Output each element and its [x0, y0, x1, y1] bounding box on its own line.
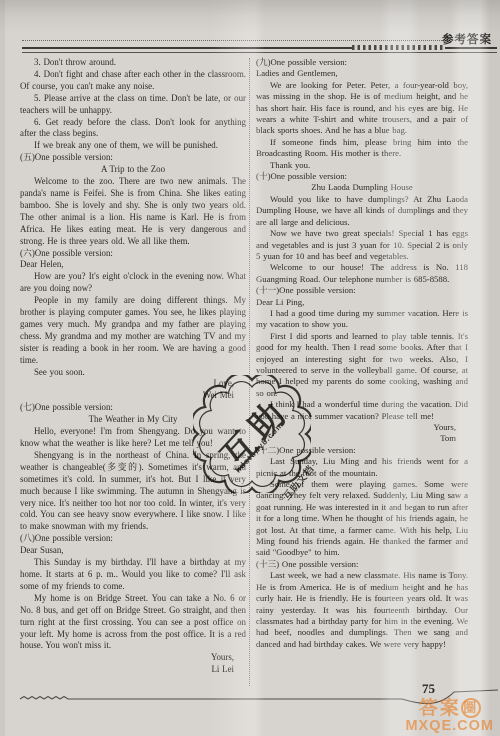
paragraph: (九)One possible version:	[256, 57, 468, 68]
paragraph: (六)One possible version:	[20, 248, 246, 260]
paragraph: (五)One possible version:	[20, 152, 246, 164]
column-left: 3. Don't throw around.4. Don't fight and…	[20, 57, 246, 676]
paragraph: (十一)One possible version:	[256, 285, 468, 296]
paragraph: Now we have two great specials! Special …	[256, 228, 468, 262]
watermark-domain: MXQE.COM	[405, 719, 494, 734]
paragraph: 3. Don't throw around.	[20, 57, 246, 69]
paragraph: Dear Li Ping,	[256, 297, 468, 308]
watermark-logo: 答案圈	[405, 698, 494, 719]
paragraph: Last week, we had a new classmate. His n…	[256, 570, 468, 650]
paragraph: Dear Susan,	[20, 545, 246, 557]
paragraph: People in my family are doing different …	[20, 295, 246, 366]
paragraph: Yours,	[20, 652, 246, 664]
paragraph: (十)One possible version:	[256, 171, 468, 182]
paragraph: Would you like to have dumplings? At Zhu…	[256, 194, 468, 228]
paragraph: Dear Helen,	[20, 259, 246, 271]
paragraph: If we break any one of them, we will be …	[20, 140, 246, 152]
site-watermark: 答案圈 MXQE.COM	[405, 698, 494, 734]
paragraph: How are you? It's eight o'clock in the e…	[20, 271, 246, 295]
column-right: (九)One possible version:Ladies and Gentl…	[256, 57, 468, 650]
page-number: 75	[422, 681, 435, 697]
paragraph: Zhu Laoda Dumpling House	[256, 182, 468, 193]
scanned-answer-page: 参考答案 3. Don't throw around.4. Don't figh…	[0, 0, 500, 736]
paragraph: Welcome to our house! The address is No.…	[256, 262, 468, 285]
paragraph: Welcome to the zoo. There are two new an…	[20, 176, 246, 247]
paragraph: Li Lei	[20, 664, 246, 676]
header-rule-right	[445, 47, 497, 49]
header-dotted-rule	[22, 40, 450, 41]
paragraph: This Sunday is my birthday. I'll have a …	[20, 557, 246, 593]
header-rule-beads	[352, 45, 444, 50]
paragraph: (八)One possible version:	[20, 533, 246, 545]
page-title: 参考答案	[442, 31, 492, 47]
paragraph: My home is on Bridge Street. You can tak…	[20, 593, 246, 653]
paragraph: A Trip to the Zoo	[20, 164, 246, 176]
watermark-circle-glyph: 圈	[461, 698, 481, 718]
paragraph: 5. Please arrive at the class on time. D…	[20, 93, 246, 117]
header-rule-bottom	[22, 52, 497, 53]
paragraph: Ladies and Gentlemen,	[256, 68, 468, 79]
paragraph: I had a good time during my summer vacat…	[256, 308, 468, 331]
header-rule-left	[22, 47, 352, 49]
paragraph: Thank you.	[256, 160, 468, 171]
paragraph: (十三) One possible version:	[256, 559, 468, 570]
paragraph: 4. Don't fight and chase after each othe…	[20, 69, 246, 93]
paragraph: 6. Get ready before the class. Don't loo…	[20, 117, 246, 141]
ink-stamp: 互助 hdstudy8.com 互助文档	[193, 375, 311, 493]
paragraph: If someone finds him, please bring him i…	[256, 137, 468, 160]
paragraph: We are looking for Peter. Peter, a four-…	[256, 80, 468, 137]
